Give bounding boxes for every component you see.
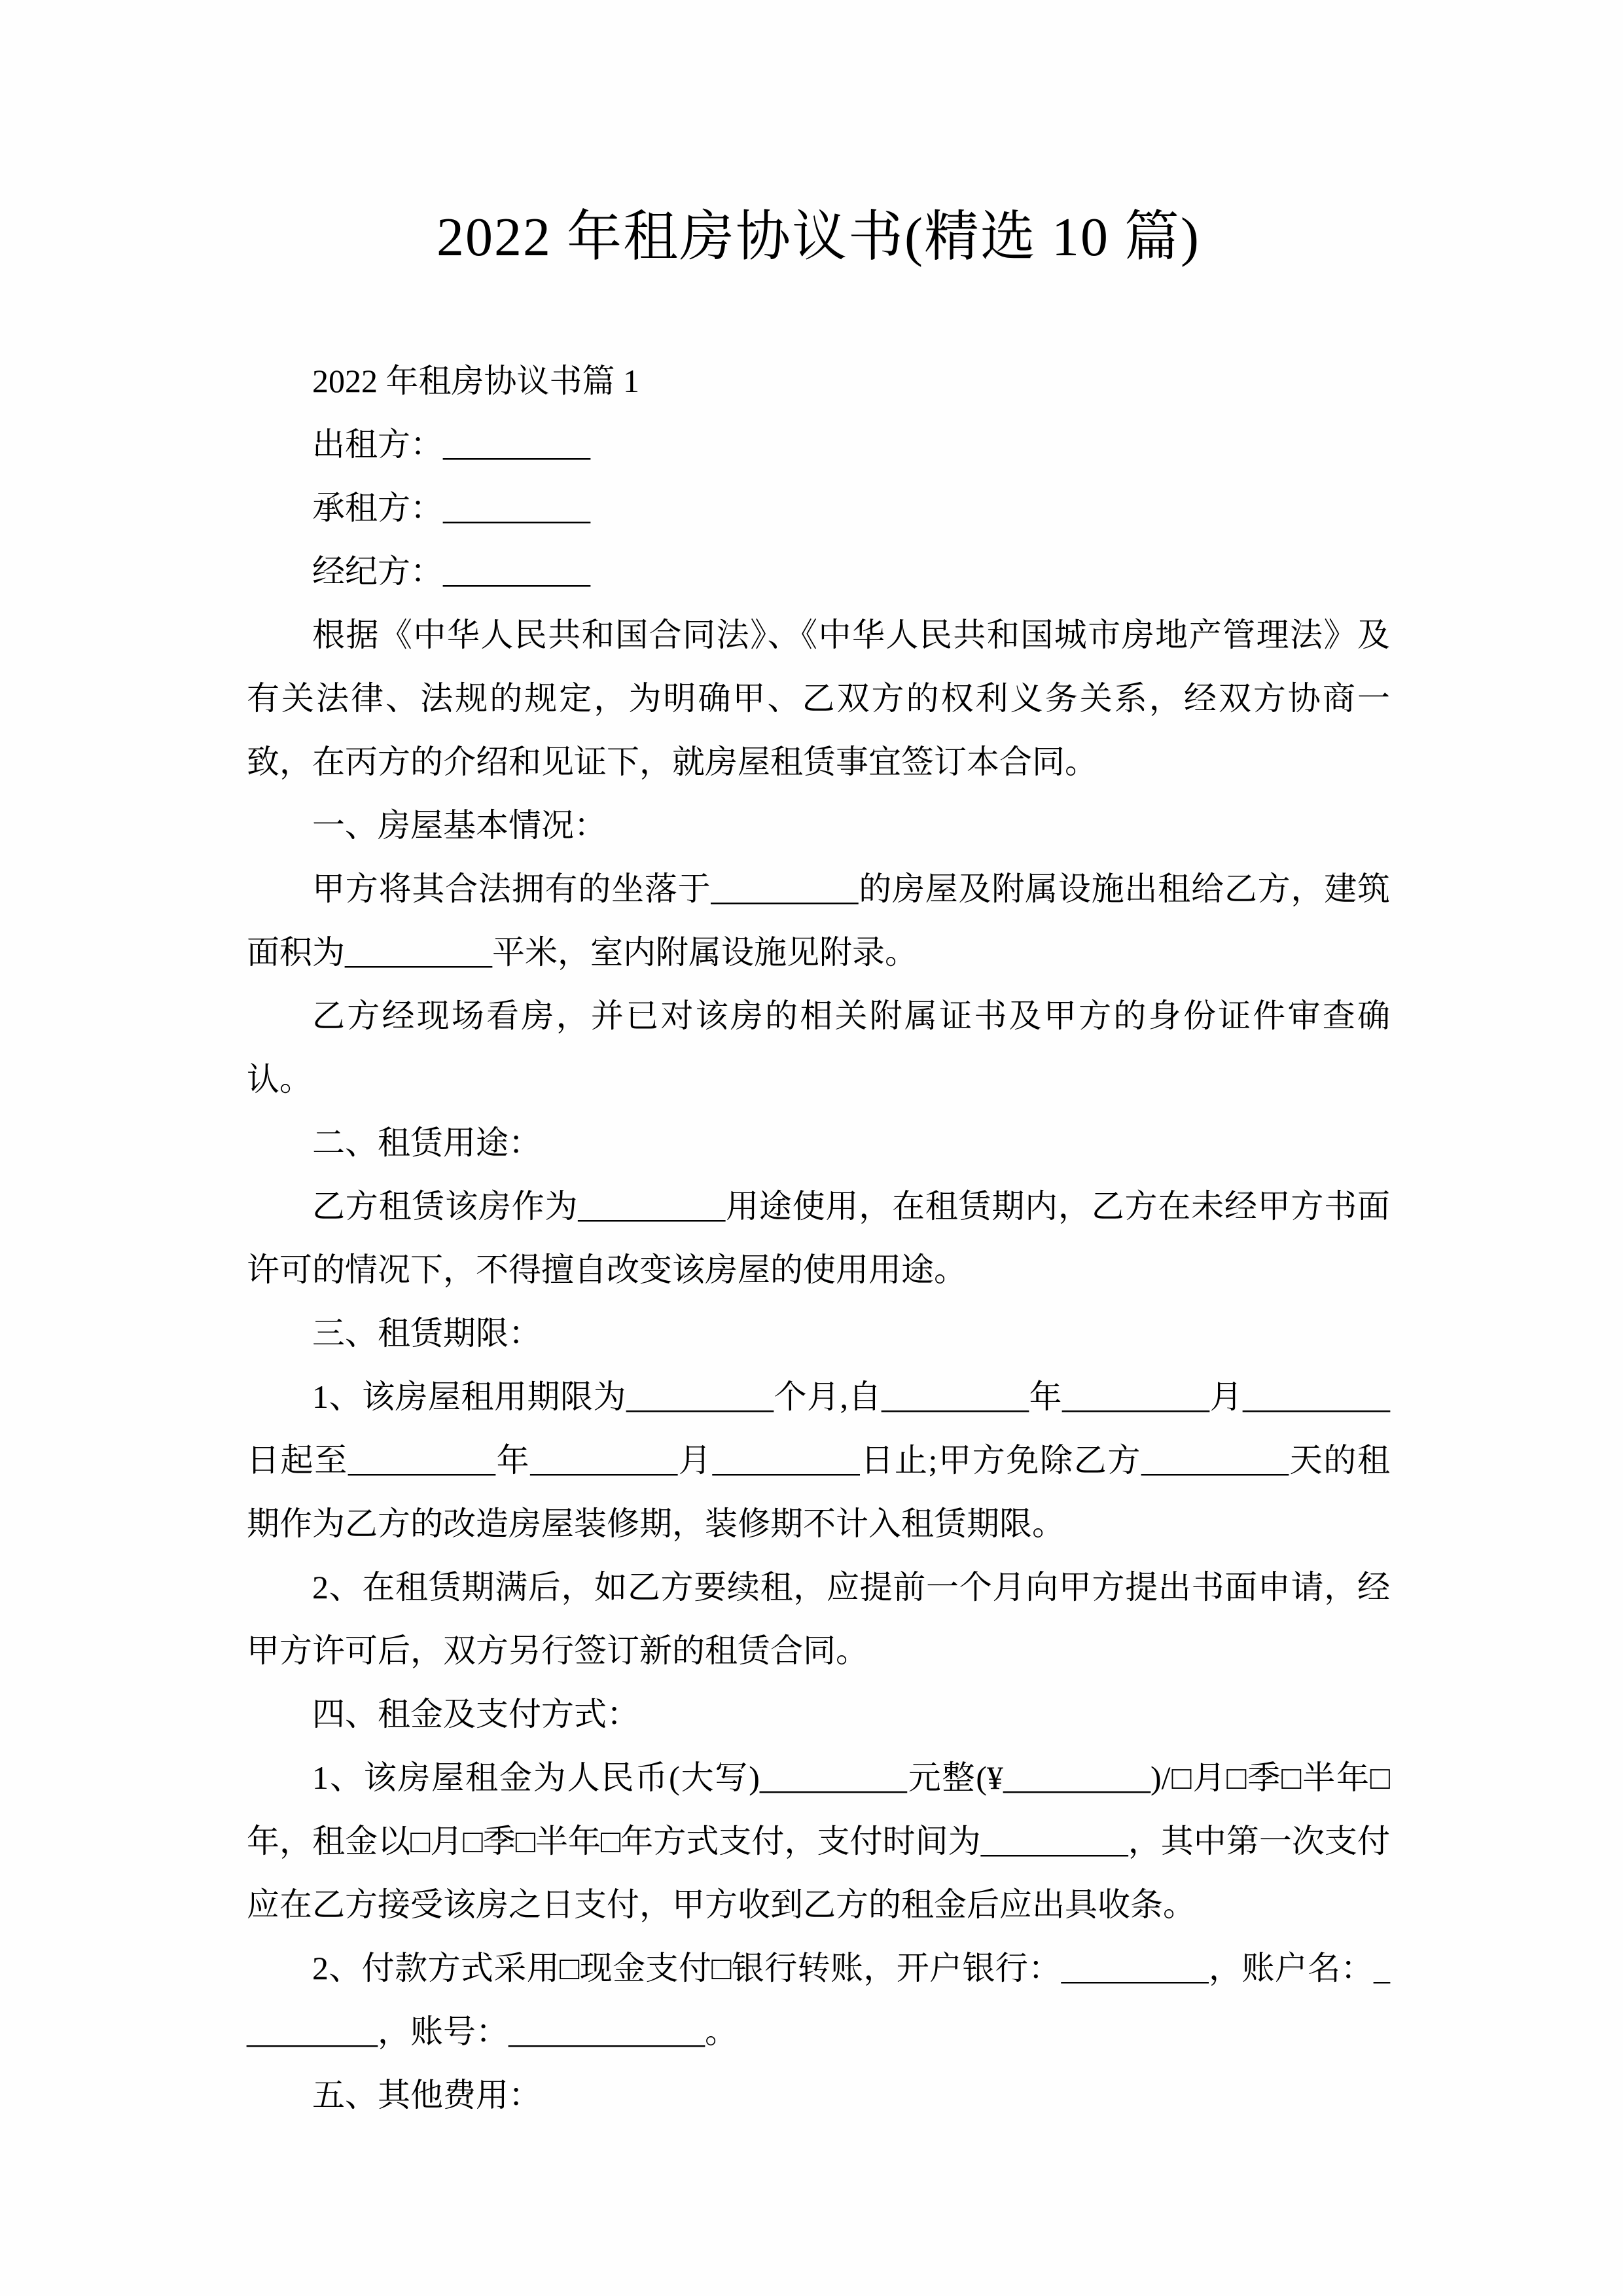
paragraph-lease-term: 1、该房屋租用期限为_________个月,自_________年_______… [247, 1365, 1390, 1556]
paragraph-renewal: 2、在租赁期满后，如乙方要续租，应提前一个月向甲方提出书面申请，经甲方许可后，双… [247, 1556, 1390, 1683]
paragraph-preamble: 根据《中华人民共和国合同法》、《中华人民共和国城市房地产管理法》及有关法律、法规… [247, 603, 1390, 794]
document-body: 2022 年租房协议书篇 1 出租方：_________ 承租方：_______… [247, 350, 1390, 2127]
paragraph-rent-payment: 1、该房屋租金为人民币(大写)_________元整(¥_________)/□… [247, 1746, 1390, 1937]
paragraph-payment-method: 2、付款方式采用□现金支付□银行转账，开户银行：_________，账户名：__… [247, 1937, 1390, 2064]
field-broker-line: 经纪方：_________ [247, 540, 1390, 603]
paragraph-inspection: 乙方经现场看房，并已对该房的相关附属证书及甲方的身份证件审查确认。 [247, 984, 1390, 1111]
field-lessee-line: 承租方：_________ [247, 476, 1390, 540]
paragraph-part1-heading: 2022 年租房协议书篇 1 [247, 350, 1390, 413]
document-title: 2022 年租房协议书(精选 10 篇) [247, 202, 1390, 274]
paragraph-usage: 乙方租赁该房作为_________用途使用，在租赁期内，乙方在未经甲方书面许可的… [247, 1175, 1390, 1302]
heading-section-2: 二、租赁用途： [247, 1111, 1390, 1175]
document-page: 2022 年租房协议书(精选 10 篇) 2022 年租房协议书篇 1 出租方：… [0, 0, 1623, 2296]
heading-section-4: 四、租金及支付方式： [247, 1683, 1390, 1746]
paragraph-house-info: 甲方将其合法拥有的坐落于_________的房屋及附属设施出租给乙方，建筑面积为… [247, 857, 1390, 984]
heading-section-5: 五、其他费用： [247, 2064, 1390, 2127]
heading-section-1: 一、房屋基本情况： [247, 794, 1390, 857]
heading-section-3: 三、租赁期限： [247, 1302, 1390, 1365]
field-lessor-line: 出租方：_________ [247, 413, 1390, 476]
